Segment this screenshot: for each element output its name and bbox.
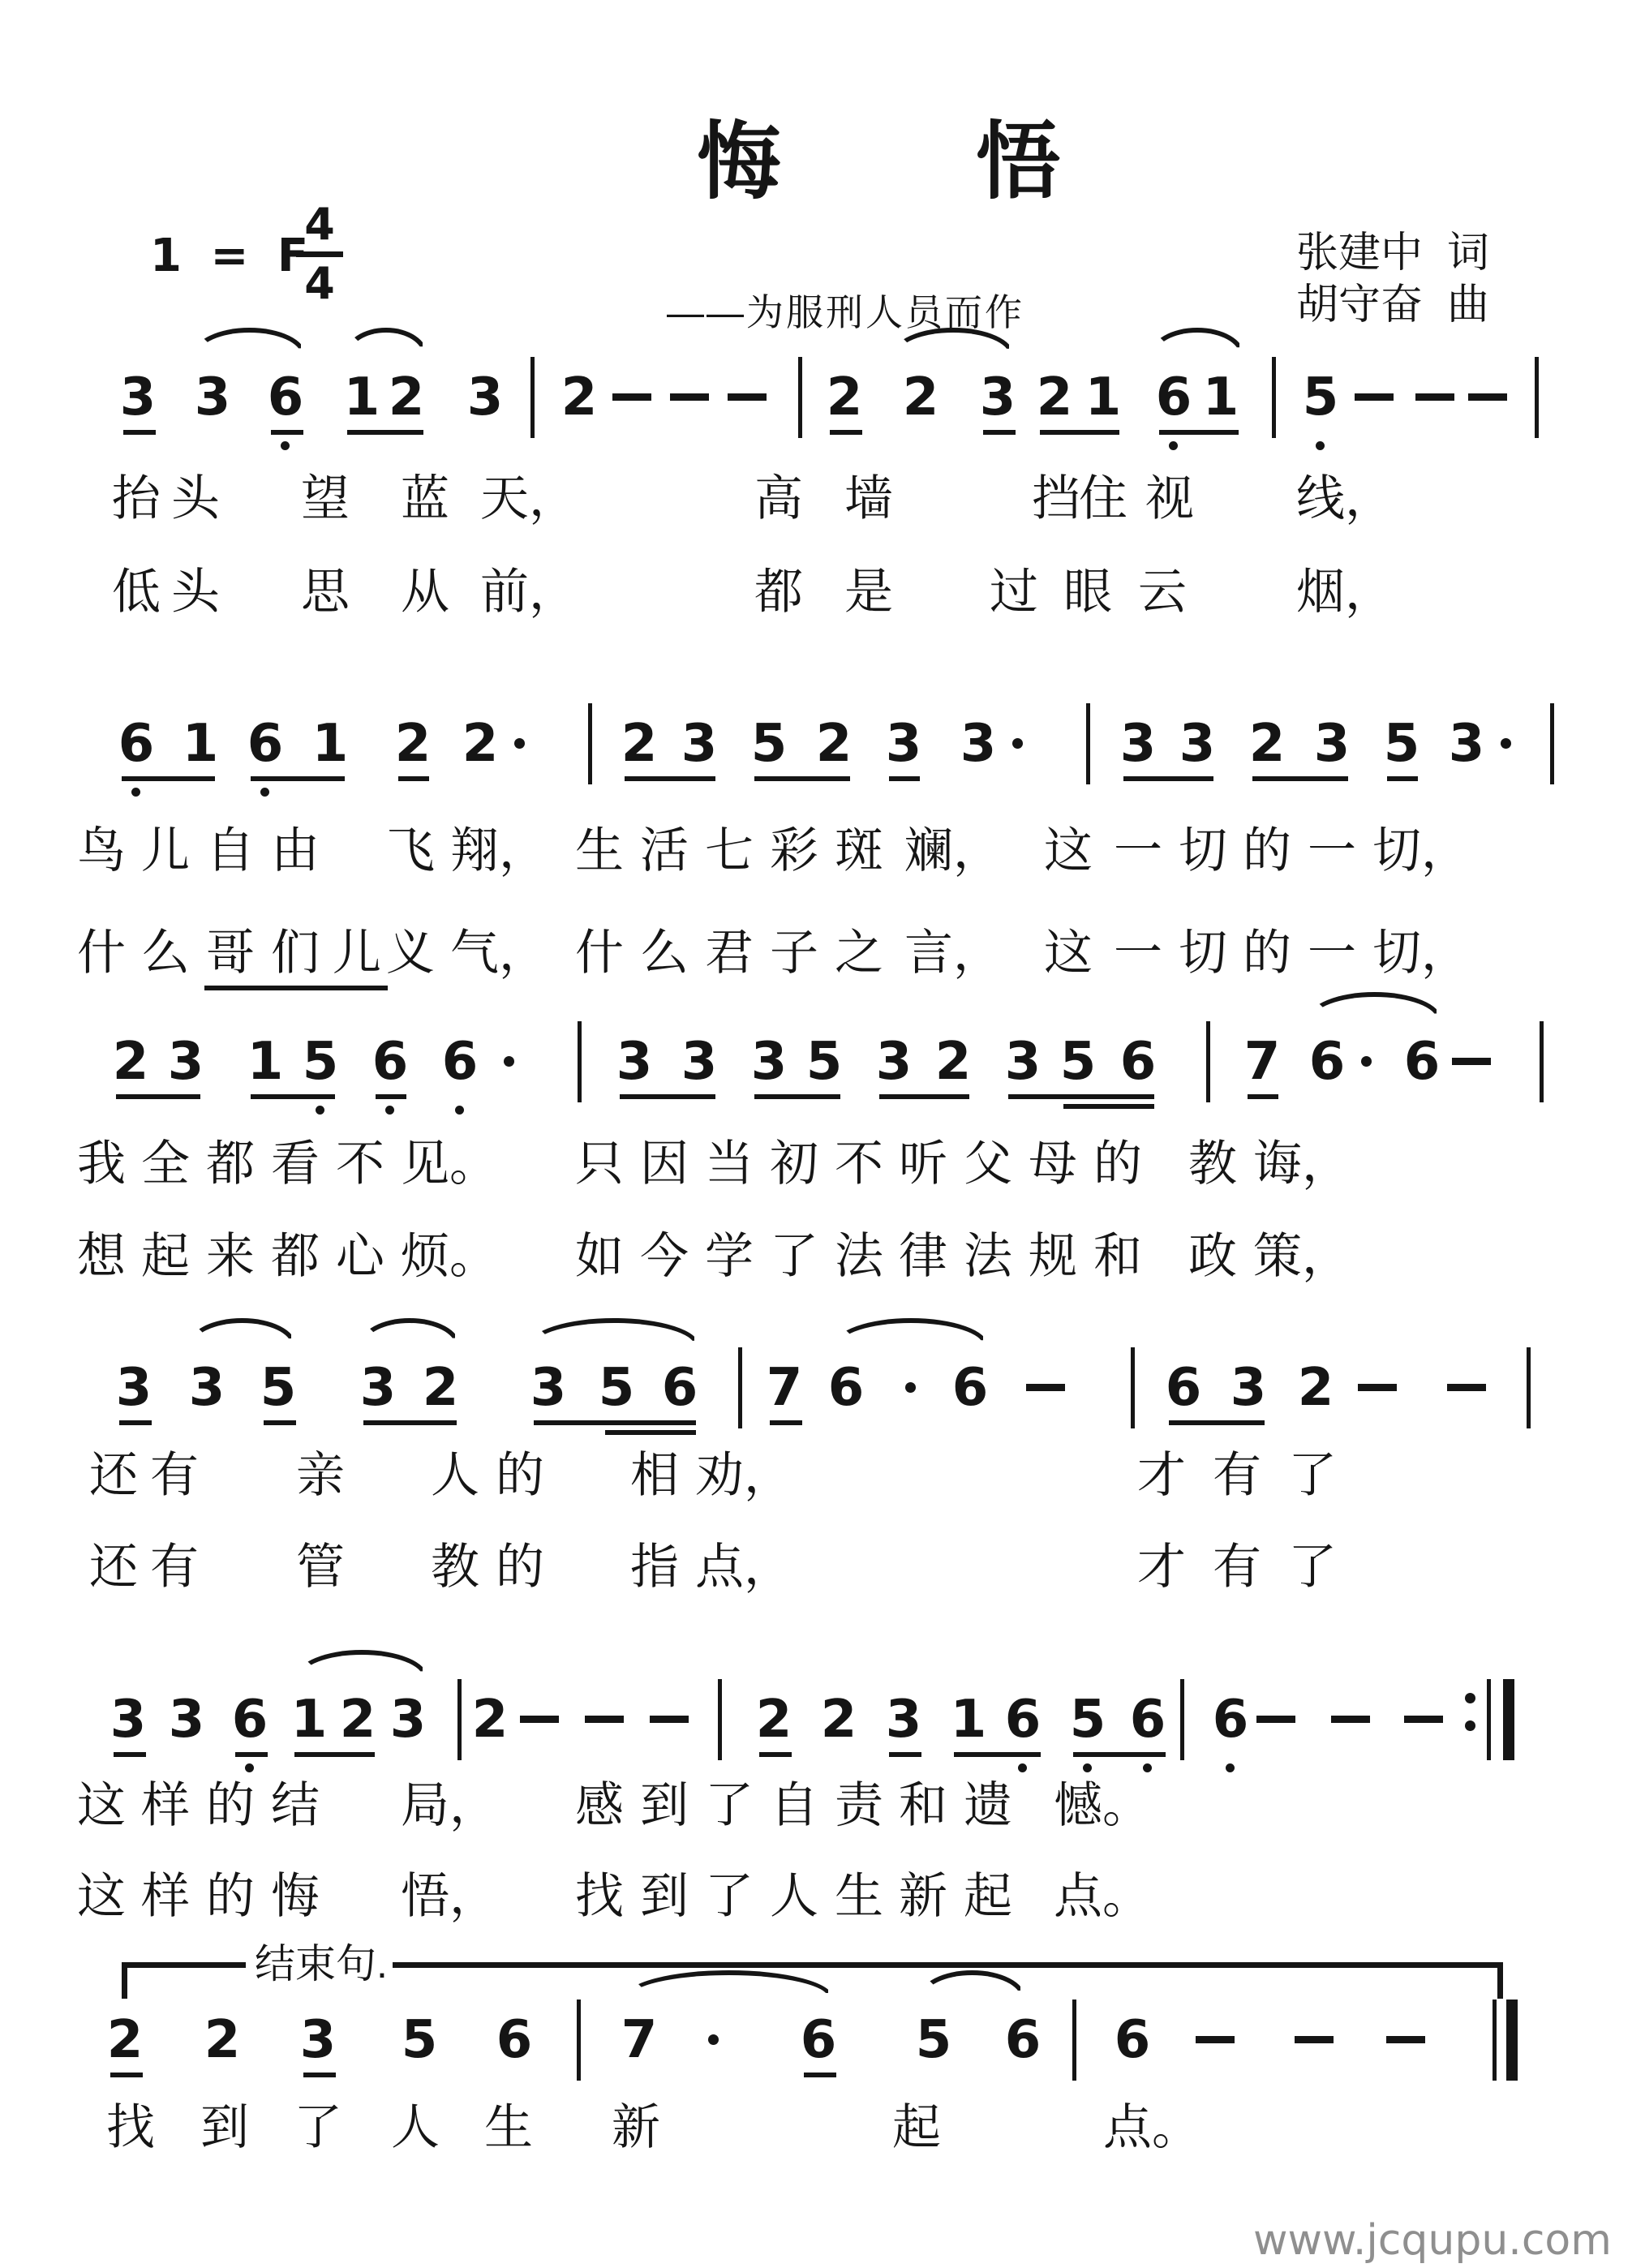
note-digit: 6	[1119, 1033, 1158, 1091]
barline	[1072, 2000, 1076, 2081]
note-digit: 3	[193, 368, 232, 427]
composer-role: 曲	[1447, 281, 1489, 329]
lyric-char: 到	[640, 1872, 689, 1921]
note-digit: 2	[620, 715, 659, 773]
note-digit: 5	[400, 2011, 439, 2069]
note-digit: 3	[114, 1359, 153, 1417]
lyric-char: 切，	[1372, 929, 1470, 977]
watermark-url: www.jcqupu.com	[1253, 2219, 1612, 2262]
augmentation-dot	[1465, 1720, 1475, 1731]
note-digit: 6	[1211, 1690, 1250, 1749]
note-digit: 6	[660, 1359, 699, 1417]
beam-underline	[754, 776, 850, 781]
augmentation-dot	[1361, 1056, 1372, 1067]
beam-underline	[110, 2073, 143, 2077]
composer-name: 胡守奋	[1296, 281, 1423, 329]
lyric-char: 墙	[844, 475, 893, 523]
beam-underline	[347, 430, 423, 435]
note-digit: 1	[342, 368, 381, 427]
lyric-char: 憾。	[1054, 1781, 1151, 1830]
duration-dash	[1196, 2036, 1235, 2043]
note-digit: 6	[1308, 1033, 1346, 1091]
slur-arc	[1150, 328, 1244, 355]
note-digit: 6	[1154, 368, 1193, 427]
lyric-char: 诲，	[1253, 1140, 1351, 1188]
lyric-char: 到	[200, 2103, 249, 2152]
lyric-char: 心	[336, 1232, 384, 1281]
barline	[588, 703, 592, 784]
low-octave-dot	[260, 788, 269, 797]
time-signature-numerator: 4	[294, 203, 346, 247]
lyric-char: 人	[391, 2103, 440, 2152]
note-digit: 5	[301, 1033, 340, 1091]
lyric-char: 不	[336, 1140, 384, 1188]
lyric-char: 头	[171, 568, 220, 616]
augmentation-dot	[1501, 738, 1511, 749]
lyric-char: 儿	[141, 827, 190, 875]
note-digit: 5	[259, 1359, 298, 1417]
duration-dash	[1415, 393, 1454, 401]
note-digit: 6	[799, 2011, 838, 2069]
beam-underline	[625, 776, 715, 781]
slur-arc	[345, 328, 427, 355]
lyric-char: 生	[575, 827, 624, 875]
lyric-char: 头	[171, 475, 220, 523]
lyric-char: 飞	[386, 827, 435, 875]
lyric-char: 起	[964, 1872, 1012, 1921]
augmentation-dot	[905, 1382, 916, 1393]
lyric-char: 自	[206, 827, 255, 875]
barline	[798, 357, 802, 438]
duration-dash	[612, 393, 651, 401]
lyric-char: 这	[77, 1872, 126, 1921]
slur-arc	[296, 1650, 427, 1677]
lyric-char: 新	[612, 2103, 660, 2152]
beam-underline	[1008, 1094, 1154, 1099]
barline	[577, 2000, 581, 2081]
lyric-char: 还	[89, 1451, 138, 1500]
note-digit: 3	[299, 2011, 337, 2069]
lyric-char: 找	[106, 2103, 155, 2152]
lyric-char: 听	[899, 1140, 947, 1188]
slur-arc	[359, 1318, 460, 1346]
note-digit: 2	[203, 2011, 242, 2069]
lyric-char: 这	[1044, 827, 1093, 875]
low-octave-dot	[1226, 1763, 1235, 1772]
beam-underline	[294, 1752, 375, 1757]
lyric-char: 才	[1137, 1543, 1186, 1591]
low-octave-dot	[245, 1763, 254, 1772]
page-title-char-1: 悔	[697, 120, 781, 204]
credit-lyricist: 张建中词	[1296, 232, 1489, 274]
note-digit: 6	[1402, 1033, 1441, 1091]
note-digit: 3	[1178, 715, 1217, 773]
barline	[1535, 357, 1539, 438]
lyric-char: 一	[1308, 827, 1356, 875]
note-digit: 2	[814, 715, 853, 773]
beam-underline	[605, 1430, 696, 1435]
lyric-char: 想	[77, 1232, 126, 1281]
low-octave-dot	[1143, 1763, 1152, 1772]
lyric-char: 自	[770, 1781, 818, 1830]
low-octave-dot	[1083, 1763, 1092, 1772]
lyric-char: 前，	[480, 568, 578, 616]
note-digit: 2	[934, 1033, 973, 1091]
credit-composer: 胡守奋曲	[1296, 284, 1489, 326]
lyric-char: 不	[835, 1140, 883, 1188]
lyric-char: 的	[1243, 929, 1291, 977]
lyric-char: 了	[770, 1232, 818, 1281]
note-digit: 2	[470, 1690, 509, 1749]
beam-underline	[804, 2073, 836, 2077]
note-digit: 2	[393, 715, 432, 773]
low-octave-dot	[1018, 1763, 1027, 1772]
beam-underline	[251, 776, 345, 781]
lyric-char: 住	[1079, 475, 1127, 523]
time-signature: 4 4	[294, 203, 346, 306]
barline	[1550, 703, 1554, 784]
note-digit: 2	[387, 368, 426, 427]
note-digit: 6	[230, 1690, 269, 1749]
lyric-char: 哥	[206, 929, 255, 977]
duration-dash	[1256, 1716, 1295, 1723]
note-digit: 3	[1447, 715, 1486, 773]
lyric-char: 悔	[271, 1872, 320, 1921]
note-digit: 2	[819, 1690, 858, 1749]
lyric-underline	[204, 986, 388, 990]
lyric-char: 教	[1188, 1140, 1237, 1188]
barline	[1540, 1021, 1544, 1102]
slur-arc	[625, 1970, 833, 1998]
beam-underline	[119, 1420, 152, 1425]
lyric-char: 翔，	[450, 827, 548, 875]
lyric-char: 人	[431, 1451, 479, 1500]
note-digit: 6	[1003, 1690, 1042, 1749]
lyric-char: 还	[89, 1543, 138, 1591]
lyric-char: 子	[770, 929, 818, 977]
note-digit: 3	[359, 1359, 397, 1417]
lyric-char: 遗	[964, 1781, 1012, 1830]
note-digit: 1	[290, 1690, 329, 1749]
lyric-char: 切	[1179, 827, 1227, 875]
note-digit: 6	[1113, 2011, 1152, 2069]
lyric-char: 有	[1213, 1451, 1261, 1500]
lyric-char: 一	[1308, 929, 1356, 977]
note-digit: 6	[1164, 1359, 1203, 1417]
lyric-char: 们	[271, 929, 320, 977]
beam-underline	[1073, 1752, 1166, 1757]
lyricist-role: 词	[1447, 230, 1489, 277]
note-digit: 6	[246, 715, 285, 773]
beam-underline	[759, 1752, 792, 1757]
lyric-char: 这	[1044, 929, 1093, 977]
note-digit: 2	[1248, 715, 1286, 773]
note-digit: 7	[620, 2011, 659, 2069]
lyric-char: 律	[899, 1232, 947, 1281]
lyric-char: 了	[1288, 1451, 1337, 1500]
key-signature: 1 = F	[150, 234, 315, 279]
low-octave-dot	[1316, 441, 1325, 450]
lyric-char: 什	[575, 929, 624, 977]
lyric-char: 到	[640, 1781, 689, 1830]
note-digit: 3	[529, 1359, 568, 1417]
note-digit: 6	[440, 1033, 479, 1091]
lyric-char: 低	[112, 568, 161, 616]
note-digit: 2	[338, 1690, 377, 1749]
lyric-char: 义	[386, 929, 435, 977]
lyric-char: 都	[754, 568, 803, 616]
lyric-char: 七	[705, 827, 754, 875]
lyric-char: 见。	[401, 1140, 498, 1188]
lyric-char: 当	[705, 1140, 754, 1188]
lyric-char: 什	[77, 929, 126, 977]
beam-underline	[1123, 776, 1213, 781]
lyricist-name: 张建中	[1296, 230, 1423, 277]
note-digit: 6	[1003, 2011, 1042, 2069]
augmentation-dot	[1465, 1693, 1475, 1703]
lyric-char: 么	[141, 929, 190, 977]
beam-underline	[271, 430, 303, 435]
lyric-char: 有	[1213, 1543, 1261, 1591]
lyric-char: 来	[206, 1232, 255, 1281]
beam-underline	[122, 776, 215, 781]
beam-underline	[889, 1752, 921, 1757]
beam-underline	[116, 1094, 200, 1099]
beam-underline	[1159, 430, 1239, 435]
ending-bracket-hook	[1497, 1962, 1503, 1999]
beam-underline	[1248, 1094, 1278, 1099]
lyric-char: 蓝	[401, 475, 449, 523]
lyric-char: 起	[892, 2103, 941, 2152]
lyric-char: 这	[77, 1781, 126, 1830]
duration-dash	[1331, 1716, 1370, 1723]
beam-underline	[114, 1752, 146, 1757]
duration-dash	[1355, 393, 1394, 401]
lyric-char: 政	[1188, 1232, 1237, 1281]
augmentation-dot	[504, 1056, 514, 1067]
lyric-char: 望	[301, 475, 350, 523]
barline	[1272, 357, 1276, 438]
lyric-char: 学	[705, 1232, 754, 1281]
lyric-char: 斓，	[904, 827, 1002, 875]
note-digit: 5	[805, 1033, 844, 1091]
lyric-char: 彩	[770, 827, 818, 875]
lyric-char: 才	[1137, 1451, 1186, 1500]
low-octave-dot	[281, 441, 290, 450]
duration-dash	[585, 1716, 624, 1723]
lyric-char: 劝，	[695, 1451, 792, 1500]
lyric-char: 我	[77, 1140, 126, 1188]
beam-underline	[1169, 1420, 1265, 1425]
lyric-char: 烟，	[1296, 568, 1394, 616]
lyric-char: 和	[899, 1781, 947, 1830]
note-digit: 2	[754, 1690, 793, 1749]
duration-dash	[670, 393, 709, 401]
note-digit: 2	[421, 1359, 460, 1417]
dedication-subtitle: ——为服刑人员而作	[667, 294, 1024, 331]
note-digit: 1	[181, 715, 220, 773]
note-digit: 5	[1382, 715, 1421, 773]
lyric-char: 了	[705, 1872, 754, 1921]
note-digit: 3	[680, 1033, 719, 1091]
lyric-char: 之	[835, 929, 883, 977]
ending-bracket-line	[122, 1962, 246, 1968]
lyric-char: 鸟	[77, 827, 126, 875]
low-octave-dot	[1169, 441, 1178, 450]
note-digit: 3	[167, 1690, 206, 1749]
beam-underline	[754, 1094, 840, 1099]
lyric-char: 云	[1138, 568, 1187, 616]
note-digit: 3	[874, 1033, 913, 1091]
lyric-char: 局，	[401, 1781, 498, 1830]
duration-dash	[520, 1716, 559, 1723]
slur-arc	[193, 328, 306, 355]
lyric-char: 视	[1145, 475, 1194, 523]
barline	[1180, 1679, 1184, 1760]
duration-dash	[728, 393, 767, 401]
note-digit: 3	[749, 1033, 788, 1091]
note-digit: 1	[1084, 368, 1123, 427]
beam-underline	[363, 1420, 457, 1425]
note-digit: 6	[495, 2011, 534, 2069]
lyric-char: 是	[844, 568, 893, 616]
lyric-char: 线，	[1296, 475, 1394, 523]
barline	[457, 1679, 462, 1760]
note-digit: 3	[959, 715, 998, 773]
lyric-char: 新	[899, 1872, 947, 1921]
low-octave-dot	[131, 788, 140, 797]
note-digit: 5	[1068, 1690, 1107, 1749]
beam-underline	[534, 1420, 696, 1425]
beam-underline	[1063, 1104, 1154, 1109]
lyric-char: 有	[150, 1451, 199, 1500]
duration-dash	[1452, 1058, 1491, 1065]
lyric-char: 初	[770, 1140, 818, 1188]
lyric-char: 么	[640, 929, 689, 977]
lyric-char: 和	[1093, 1232, 1142, 1281]
lyric-char: 母	[1029, 1140, 1077, 1188]
note-digit: 5	[597, 1359, 636, 1417]
augmentation-dot	[708, 2034, 719, 2045]
note-digit: 3	[615, 1033, 654, 1091]
lyric-char: 点。	[1103, 2103, 1200, 2152]
barline	[530, 357, 535, 438]
lyric-char: 思	[301, 568, 350, 616]
note-digit: 6	[117, 715, 156, 773]
ending-bracket-label: 结束句.	[250, 1944, 393, 1984]
lyric-char: 感	[575, 1781, 624, 1830]
duration-dash	[1295, 2036, 1334, 2043]
duration-dash	[1358, 1384, 1397, 1391]
low-octave-dot	[316, 1106, 324, 1115]
note-digit: 3	[166, 1033, 205, 1091]
duration-dash	[1026, 1384, 1065, 1391]
lyric-char: 了	[294, 2103, 342, 2152]
note-digit: 6	[827, 1359, 865, 1417]
lyric-char: 斑	[835, 827, 883, 875]
barline	[1527, 1347, 1531, 1428]
lyric-char: 烦。	[401, 1232, 498, 1281]
beam-underline	[1387, 776, 1418, 781]
lyric-char: 指	[630, 1543, 679, 1591]
lyric-char: 活	[640, 827, 689, 875]
low-octave-dot	[385, 1106, 394, 1115]
barline	[718, 1679, 722, 1760]
augmentation-dot	[1012, 738, 1023, 749]
note-digit: 2	[1035, 368, 1074, 427]
time-signature-denominator: 4	[294, 262, 346, 306]
note-digit: 5	[1059, 1033, 1097, 1091]
lyric-char: 了	[705, 1781, 754, 1830]
barline	[1086, 703, 1090, 784]
lyric-char: 看	[271, 1140, 320, 1188]
beam-underline	[398, 776, 429, 781]
lyric-char: 法	[964, 1232, 1012, 1281]
note-digit: 7	[765, 1359, 804, 1417]
note-digit: 3	[1003, 1033, 1042, 1091]
beam-underline	[770, 1420, 802, 1425]
lyric-char: 结	[271, 1781, 320, 1830]
lyric-char: 眼	[1063, 568, 1112, 616]
lyric-char: 切	[1179, 929, 1227, 977]
note-digit: 6	[1128, 1690, 1167, 1749]
lyric-char: 的	[206, 1781, 255, 1830]
beam-underline	[1252, 776, 1348, 781]
lyric-char: 点，	[695, 1543, 792, 1591]
duration-dash	[650, 1716, 689, 1723]
note-digit: 7	[1243, 1033, 1282, 1091]
duration-dash	[1404, 1716, 1443, 1723]
barline	[738, 1347, 742, 1428]
beam-underline	[889, 776, 920, 781]
note-digit: 3	[978, 368, 1017, 427]
beam-underline	[251, 1094, 335, 1099]
note-digit: 6	[371, 1033, 410, 1091]
lyric-char: 气，	[450, 929, 548, 977]
barline	[1493, 2000, 1497, 2081]
lyric-char: 言，	[904, 929, 1002, 977]
note-digit: 2	[560, 368, 599, 427]
lyric-char: 如	[575, 1232, 624, 1281]
note-digit: 6	[951, 1359, 990, 1417]
final-barline-thick	[1503, 1679, 1514, 1760]
lyric-char: 样	[141, 1872, 190, 1921]
lyric-char: 切，	[1372, 827, 1470, 875]
lyric-char: 只	[575, 1140, 624, 1188]
note-digit: 3	[389, 1690, 427, 1749]
note-digit: 3	[884, 1690, 923, 1749]
slur-arc	[529, 1318, 699, 1346]
note-digit: 2	[111, 1033, 150, 1091]
lyric-char: 悟，	[401, 1872, 498, 1921]
lyric-char: 起	[141, 1232, 190, 1281]
lyric-char: 策，	[1253, 1232, 1351, 1281]
barline	[1487, 1679, 1491, 1760]
time-signature-divider	[296, 251, 343, 257]
duration-dash	[1468, 393, 1507, 401]
note-digit: 3	[1312, 715, 1351, 773]
lyric-char: 点。	[1054, 1872, 1151, 1921]
note-digit: 2	[825, 368, 864, 427]
lyric-char: 高	[754, 475, 803, 523]
page-title-char-2: 悟	[976, 120, 1060, 204]
note-digit: 3	[1229, 1359, 1268, 1417]
lyric-char: 挡	[1032, 475, 1080, 523]
lyric-char: 由	[271, 827, 320, 875]
slur-arc	[834, 1318, 988, 1346]
note-digit: 5	[914, 2011, 953, 2069]
lyric-char: 的	[496, 1451, 544, 1500]
